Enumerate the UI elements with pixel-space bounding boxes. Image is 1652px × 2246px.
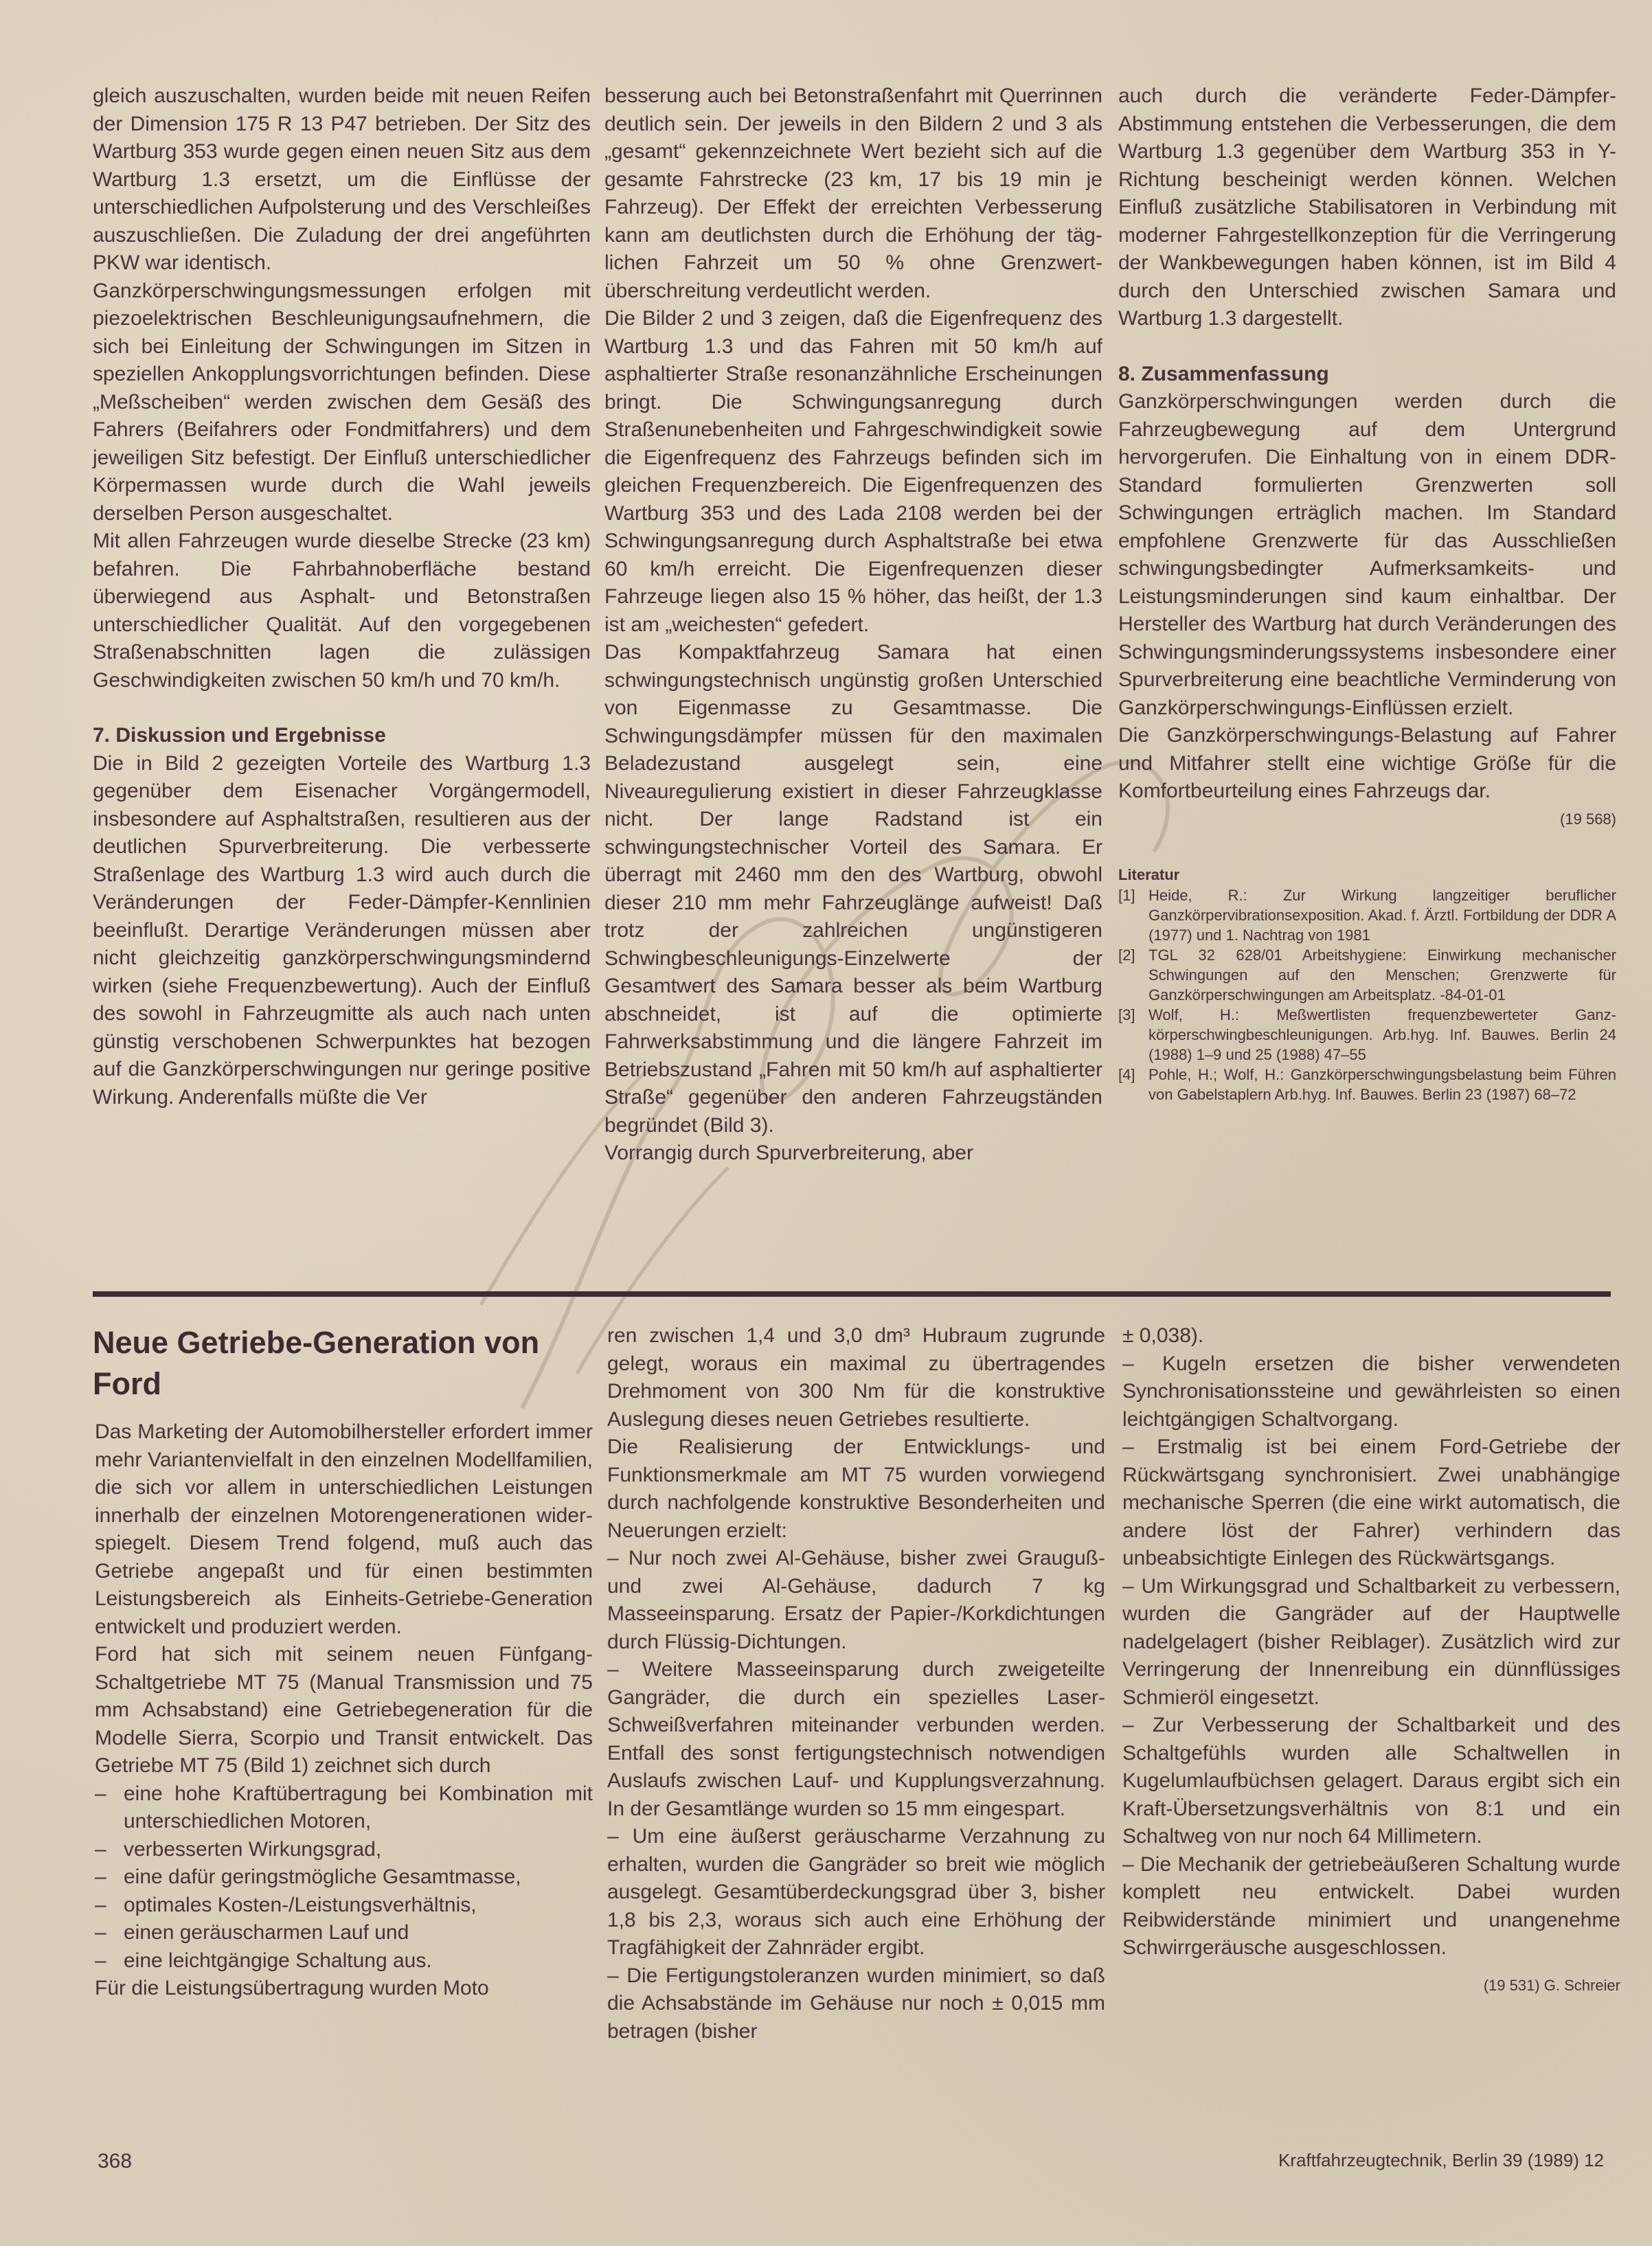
article-code: (19 568)	[1118, 806, 1616, 833]
reference-text: Wolf, H.: Meßwertlisten frequenzbewertet…	[1149, 1005, 1616, 1065]
feature-list-item: –verbesserten Wirkungsgrad,	[95, 1836, 593, 1864]
reference-item: [2] TGL 32 628/01 Arbeitshygiene: Einwir…	[1118, 945, 1616, 1005]
paragraph: auch durch die veränderte Feder-Dämpfer-…	[1118, 82, 1616, 333]
paragraph: gleich auszuschalten, wurden beide mit n…	[93, 82, 591, 277]
feature-list-item: –optimales Kosten-/Leistungsverhältnis,	[95, 1892, 593, 1920]
literature-heading: Literatur	[1118, 865, 1616, 885]
feature-list-item: –eine dafür geringstmögliche Gesamt­mass…	[95, 1863, 593, 1892]
upper-column-2: besserung auch bei Betonstraßenfahrt mit…	[604, 82, 1102, 1168]
journal-citation: Kraftfahrzeugtechnik, Berlin 39 (1989) 1…	[1278, 2150, 1604, 2171]
paragraph: – Die Fertigungstoleranzen wurden mini­m…	[607, 1962, 1105, 2046]
paragraph: – Die Mechanik der getriebeäußeren Schal…	[1122, 1851, 1620, 1962]
paragraph: – Um Wirkungsgrad und Schaltbarkeit zu v…	[1122, 1573, 1620, 1712]
paragraph: Die Ganzkörperschwingungs-Belastung auf …	[1118, 722, 1616, 806]
paragraph: – Weitere Masseeinsparung durch zweige­t…	[607, 1656, 1105, 1823]
lower-column-2: ren zwischen 1,4 und 3,0 dm³ Hubraum zu­…	[607, 1322, 1105, 2045]
paragraph: – Zur Verbesserung der Schaltbarkeit und…	[1122, 1712, 1620, 1851]
paragraph: Die Realisierung der Entwicklungs- und F…	[607, 1433, 1105, 1545]
lower-column-3: ± 0,038). – Kugeln ersetzen die bisher v…	[1122, 1322, 1620, 1999]
author-signature: (19 531) G. Schreier	[1122, 1972, 1620, 1999]
paragraph: – Nur noch zwei Al-Gehäuse, bisher zwei …	[607, 1545, 1105, 1656]
article-headline: Neue Getriebe-Generation von Ford	[93, 1322, 574, 1405]
paragraph: Ganzkörperschwingungen werden durch die …	[1118, 388, 1616, 722]
reference-item: [3] Wolf, H.: Meßwertlisten frequenzbewe…	[1118, 1005, 1616, 1065]
paragraph: – Kugeln ersetzen die bisher verwendeten…	[1122, 1350, 1620, 1434]
paragraph: Für die Leistungsübertragung wurden Moto…	[95, 1975, 593, 2003]
reference-text: TGL 32 628/01 Arbeitshygiene: Einwirkung…	[1149, 945, 1616, 1005]
feature-list-item: –eine hohe Kraftübertragung bei Kombina­…	[95, 1780, 593, 1836]
section-heading-8: 8. Zusammenfassung	[1118, 361, 1616, 389]
reference-number: [4]	[1118, 1065, 1149, 1104]
paragraph: Das Marketing der Automobilhersteller er…	[95, 1418, 593, 1641]
paragraph: besserung auch bei Betonstraßenfahrt mit…	[604, 82, 1102, 305]
paragraph: Ford hat sich mit seinem neuen Fünfgang-…	[95, 1641, 593, 1780]
reference-item: [4] Pohle, H.; Wolf, H.: Ganzkörperschwi…	[1118, 1065, 1616, 1104]
paragraph: Die in Bild 2 gezeigten Vorteile des War…	[93, 750, 591, 1112]
paragraph: – Um eine äußerst geräuscharme Verzah­nu…	[607, 1823, 1105, 1962]
paragraph: – Erstmalig ist bei einem Ford-Getriebe …	[1122, 1433, 1620, 1573]
reference-number: [1]	[1118, 885, 1149, 945]
paragraph: Vorrangig durch Spurverbreiterung, aber	[604, 1139, 1102, 1168]
reference-text: Pohle, H.; Wolf, H.: Ganzkörperschwingun…	[1149, 1065, 1616, 1104]
paragraph: Ganzkörperschwingungsmessungen erfol­gen…	[93, 277, 591, 528]
lower-column-1: Das Marketing der Automobilhersteller er…	[95, 1418, 593, 2003]
feature-list-item: –eine leichtgängige Schaltung aus.	[95, 1947, 593, 1975]
paragraph: ± 0,038).	[1122, 1322, 1620, 1350]
magazine-page: gleich auszuschalten, wurden beide mit n…	[0, 0, 1652, 2246]
reference-number: [3]	[1118, 1005, 1149, 1065]
feature-list-item: –einen geräuscharmen Lauf und	[95, 1919, 593, 1947]
reference-number: [2]	[1118, 945, 1149, 1005]
paragraph: Mit allen Fahrzeugen wurde dieselbe Stre…	[93, 528, 591, 694]
paragraph: ren zwischen 1,4 und 3,0 dm³ Hubraum zu­…	[607, 1322, 1105, 1433]
reference-text: Heide, R.: Zur Wirkung langzeitiger beru…	[1149, 885, 1616, 945]
section-heading-7: 7. Diskussion und Ergebnisse	[93, 722, 591, 750]
reference-item: [1] Heide, R.: Zur Wirkung langzeitiger …	[1118, 885, 1616, 945]
page-number: 368	[98, 2150, 132, 2173]
paragraph: Die Bilder 2 und 3 zeigen, daß die Eigen…	[604, 305, 1102, 639]
upper-column-3: auch durch die veränderte Feder-Dämpfer-…	[1118, 82, 1616, 1104]
paragraph: Das Kompaktfahrzeug Samara hat einen sch…	[604, 639, 1102, 1139]
section-divider	[93, 1291, 1611, 1297]
upper-column-1: gleich auszuschalten, wurden beide mit n…	[93, 82, 591, 1111]
